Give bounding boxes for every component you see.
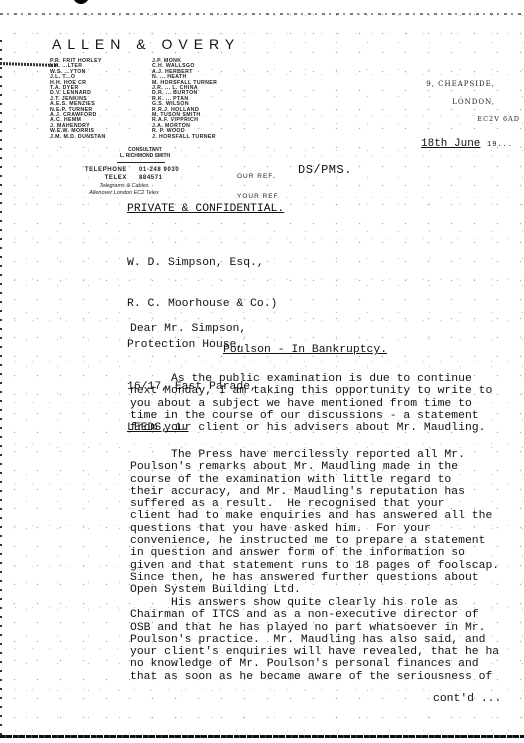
telex-label: TELEX [75,174,127,182]
telex-number: 884571 [139,174,163,182]
date-year: 19... [487,141,513,149]
left-scan-edge [0,40,2,740]
recipient-company: R. C. Moorhouse & Co.) [127,298,277,312]
reference-labels: OUR REF. YOUR REF. [237,167,281,207]
partners-list-right: J.P. MONK C.H. WALLSGO A.J. HERBERT N. .… [152,59,217,140]
telegrams-block: Telegrams & Cables Allenover London EC2 … [84,183,164,197]
top-scan-edge [0,13,524,15]
subject-line: Poulson - In Bankruptcy. [223,344,387,356]
partners-list-left: P.R. FRIT HORLEY I.M. ...LTER W.S. ...YT… [50,59,106,140]
contact-block: TELEPHONE 01-248 9030 TELEX 884571 [75,166,179,182]
bottom-scan-edge [0,735,524,738]
consultant-block: CONSULTANT L. RICHMOND SMITH [100,147,190,159]
consultant-name: L. RICHMOND SMITH [100,153,190,159]
letter-date: 18th June 19... [421,138,513,150]
paragraph: His answers show quite clearly his role … [130,597,499,683]
confidential-marking: PRIVATE & CONFIDENTIAL. [127,203,284,215]
recipient-name: W. D. Simpson, Esq., [127,257,277,271]
our-ref-label: OUR REF. [237,167,281,187]
telegrams-address: Allenover London EC2 Telex [84,190,164,197]
telegrams-line: Telegrams & Cables [84,183,164,190]
divider [117,162,165,163]
paragraph: The Press have mercilessly reported all … [130,449,499,597]
address-street: 9, CHEAPSIDE, [426,80,495,88]
our-ref-value: DS/PMS. [298,163,352,177]
punch-hole-mark [73,0,89,4]
partner-name: J.M. M.D. DUNSTAN [50,135,106,140]
telephone-number: 01-248 9030 [139,166,179,174]
telephone-label: TELEPHONE [75,166,127,174]
salutation: Dear Mr. Simpson, [130,323,246,335]
address-city: LONDON, [452,98,495,106]
paragraph: As the public examination is due to cont… [130,373,492,434]
address-postcode: EC2V 6AD [477,115,520,123]
partner-name: J. HORSFALL TURNER [152,135,217,140]
firm-name: ALLEN & OVERY [52,36,240,52]
continued-marker: cont'd ... [433,693,501,705]
date-day-month: 18th June [421,138,480,150]
